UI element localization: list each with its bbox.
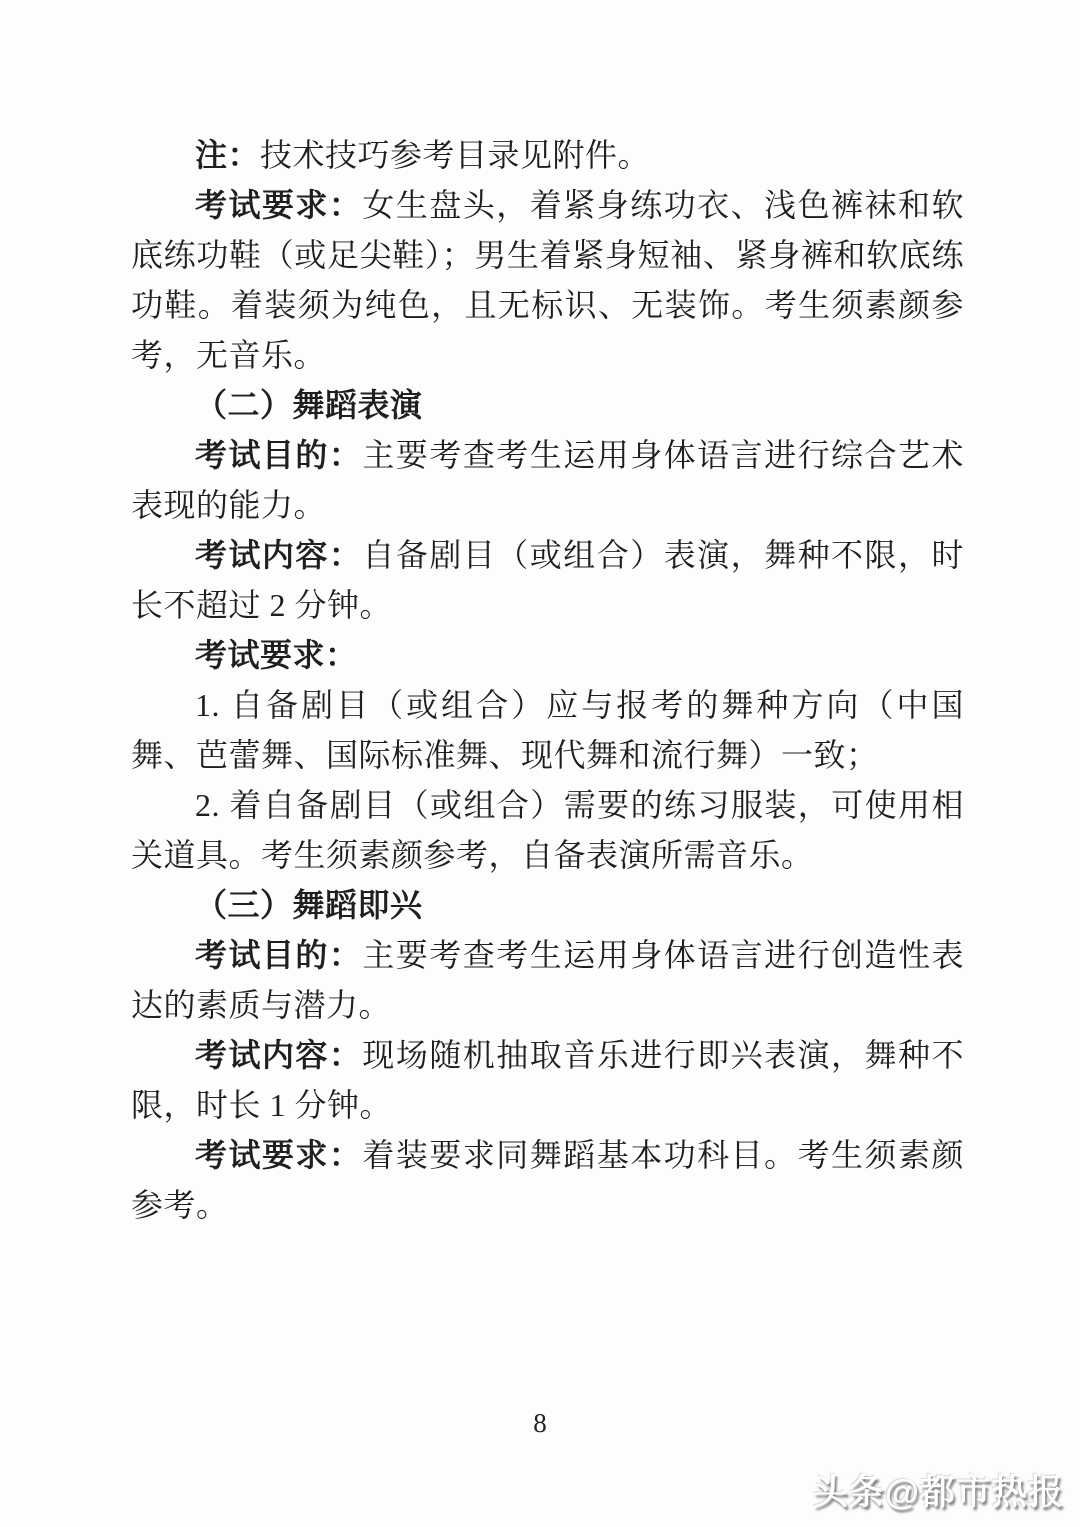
document-text-block: 注：技术技巧参考目录见附件。 考试要求：女生盘头，着紧身练功衣、浅色裤袜和软底练… xyxy=(131,130,964,1230)
field-label: 考试内容： xyxy=(195,537,362,573)
paragraph-exam-requirements: 考试要求：女生盘头，着紧身练功衣、浅色裤袜和软底练功鞋（或足尖鞋）；男生着紧身短… xyxy=(131,180,964,380)
field-label: 考试要求： xyxy=(195,637,358,673)
paragraph-text: 2. 着自备剧目（或组合）需要的练习服装，可使用相关道具。考生须素颜参考，自备表… xyxy=(131,787,964,873)
paragraph-text: 技术技巧参考目录见附件。 xyxy=(260,137,650,173)
page-background: 注：技术技巧参考目录见附件。 考试要求：女生盘头，着紧身练功衣、浅色裤袜和软底练… xyxy=(0,0,1080,1527)
field-label: 考试要求： xyxy=(195,187,362,223)
section-heading-dance-performance: （二）舞蹈表演 xyxy=(131,380,964,430)
field-label: 考试要求： xyxy=(195,1137,362,1173)
section-heading-dance-improvisation: （三）舞蹈即兴 xyxy=(131,880,964,930)
paragraph-text: 1. 自备剧目（或组合）应与报考的舞种方向（中国舞、芭蕾舞、国际标准舞、现代舞和… xyxy=(131,687,964,773)
watermark: 头条@都市热报 xyxy=(813,1465,1064,1515)
paragraph-requirement-item-1: 1. 自备剧目（或组合）应与报考的舞种方向（中国舞、芭蕾舞、国际标准舞、现代舞和… xyxy=(131,680,964,780)
paragraph-exam-purpose: 考试目的：主要考查考生运用身体语言进行综合艺术表现的能力。 xyxy=(131,430,964,530)
document-page: { "page": { "number": "8", "watermark": … xyxy=(0,0,1080,1527)
field-label: 考试目的： xyxy=(195,437,362,473)
paragraph-exam-content: 考试内容：自备剧目（或组合）表演，舞种不限，时长不超过 2 分钟。 xyxy=(131,530,964,630)
paragraph-requirement-item-2: 2. 着自备剧目（或组合）需要的练习服装，可使用相关道具。考生须素颜参考，自备表… xyxy=(131,780,964,880)
paragraph-exam-content: 考试内容：现场随机抽取音乐进行即兴表演，舞种不限，时长 1 分钟。 xyxy=(131,1030,964,1130)
paragraph-note: 注：技术技巧参考目录见附件。 xyxy=(131,130,964,180)
paragraph-exam-purpose: 考试目的：主要考查考生运用身体语言进行创造性表达的素质与潜力。 xyxy=(131,930,964,1030)
page-number: 8 xyxy=(0,1408,1080,1439)
field-label: 考试内容： xyxy=(195,1037,362,1073)
paragraph-exam-requirements-header: 考试要求： xyxy=(131,630,964,680)
field-label: 考试目的： xyxy=(195,937,362,973)
paragraph-exam-requirements: 考试要求：着装要求同舞蹈基本功科目。考生须素颜参考。 xyxy=(131,1130,964,1230)
field-label: 注： xyxy=(195,137,260,173)
